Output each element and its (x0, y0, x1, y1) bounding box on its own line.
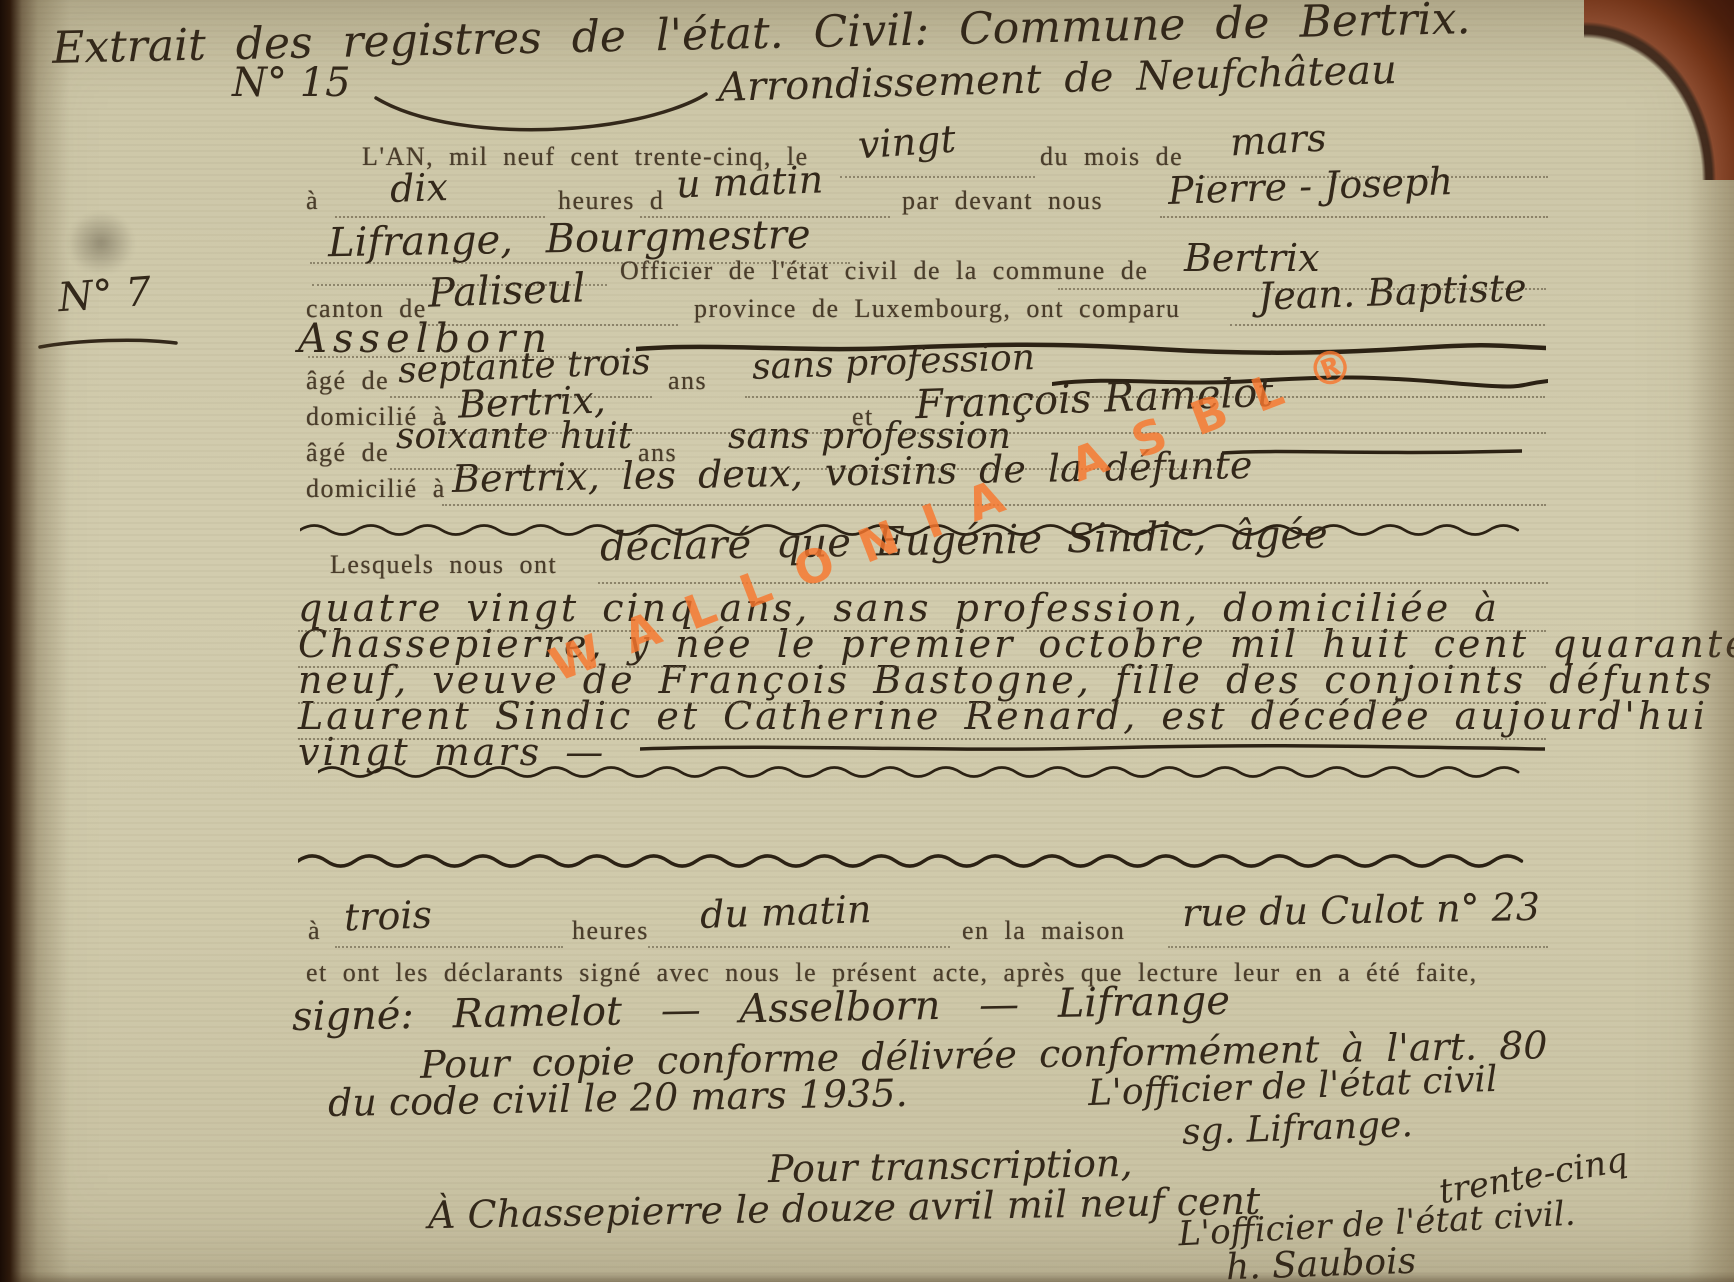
printed-ans1: ans (668, 366, 707, 396)
form-dotted-line (1230, 324, 1545, 326)
printed-deces-heures: heures (572, 916, 649, 946)
printed-province: province de Luxembourg, ont comparu (694, 294, 1181, 324)
ink-strike-line (640, 742, 1545, 754)
entry-deces-ampm: du matin (699, 887, 872, 937)
printed-devant-nous: par devant nous (902, 186, 1103, 216)
ink-strike-line (298, 852, 1550, 870)
entry-ampm: u matin (675, 157, 824, 206)
printed-age1: âgé de (306, 366, 389, 396)
entry-declarant2-age: soixante huit (396, 416, 632, 457)
form-dotted-line (298, 738, 1546, 740)
entry-day: vingt (857, 117, 958, 168)
flourish-underline (370, 92, 710, 136)
page-edge-bottom (0, 1272, 1734, 1282)
printed-lesquels: Lesquels nous ont (330, 550, 557, 580)
printed-age2: âgé de (306, 438, 389, 468)
form-dotted-line (298, 702, 1546, 704)
form-dotted-line (1168, 946, 1548, 948)
form-dotted-line (648, 946, 950, 948)
page-edge-right (1688, 0, 1734, 1282)
printed-maison: en la maison (962, 916, 1125, 946)
entry-canton: Paliseul (427, 265, 586, 316)
ink-strike-line (1222, 446, 1522, 458)
printed-deces-a: à (308, 916, 321, 946)
entry-hour: dix (389, 165, 448, 211)
form-dotted-line (335, 946, 563, 948)
document-scan: Extrait des registres de l'état. Civil: … (0, 0, 1734, 1282)
book-cover-corner (1584, 0, 1734, 180)
printed-a: à (306, 186, 319, 216)
register-number: N° 15 (232, 60, 351, 106)
book-binding-left (0, 0, 70, 1282)
ink-strike-line (318, 764, 1546, 780)
form-dotted-line (298, 630, 1546, 632)
entry-declarant1-firstname: Jean. Baptiste (1257, 265, 1527, 318)
act-number: N° 7 (57, 269, 153, 321)
entry-deces-address: rue du Culot n° 23 (1182, 885, 1541, 935)
entry-deces-hour: trois (343, 892, 432, 939)
printed-mois: du mois de (1040, 142, 1183, 172)
printed-officier: Officier de l'état civil de la commune d… (620, 256, 1148, 286)
printed-heures: heures d (558, 186, 664, 216)
form-dotted-line (840, 176, 1035, 178)
ink-smudge (66, 210, 136, 276)
form-dotted-line (1160, 216, 1548, 218)
form-dotted-line (298, 666, 1546, 668)
officer-signature-1: sg. Lifrange. (1181, 1104, 1413, 1153)
entry-month: mars (1229, 116, 1328, 165)
printed-domicile2: domicilié à (306, 474, 446, 504)
